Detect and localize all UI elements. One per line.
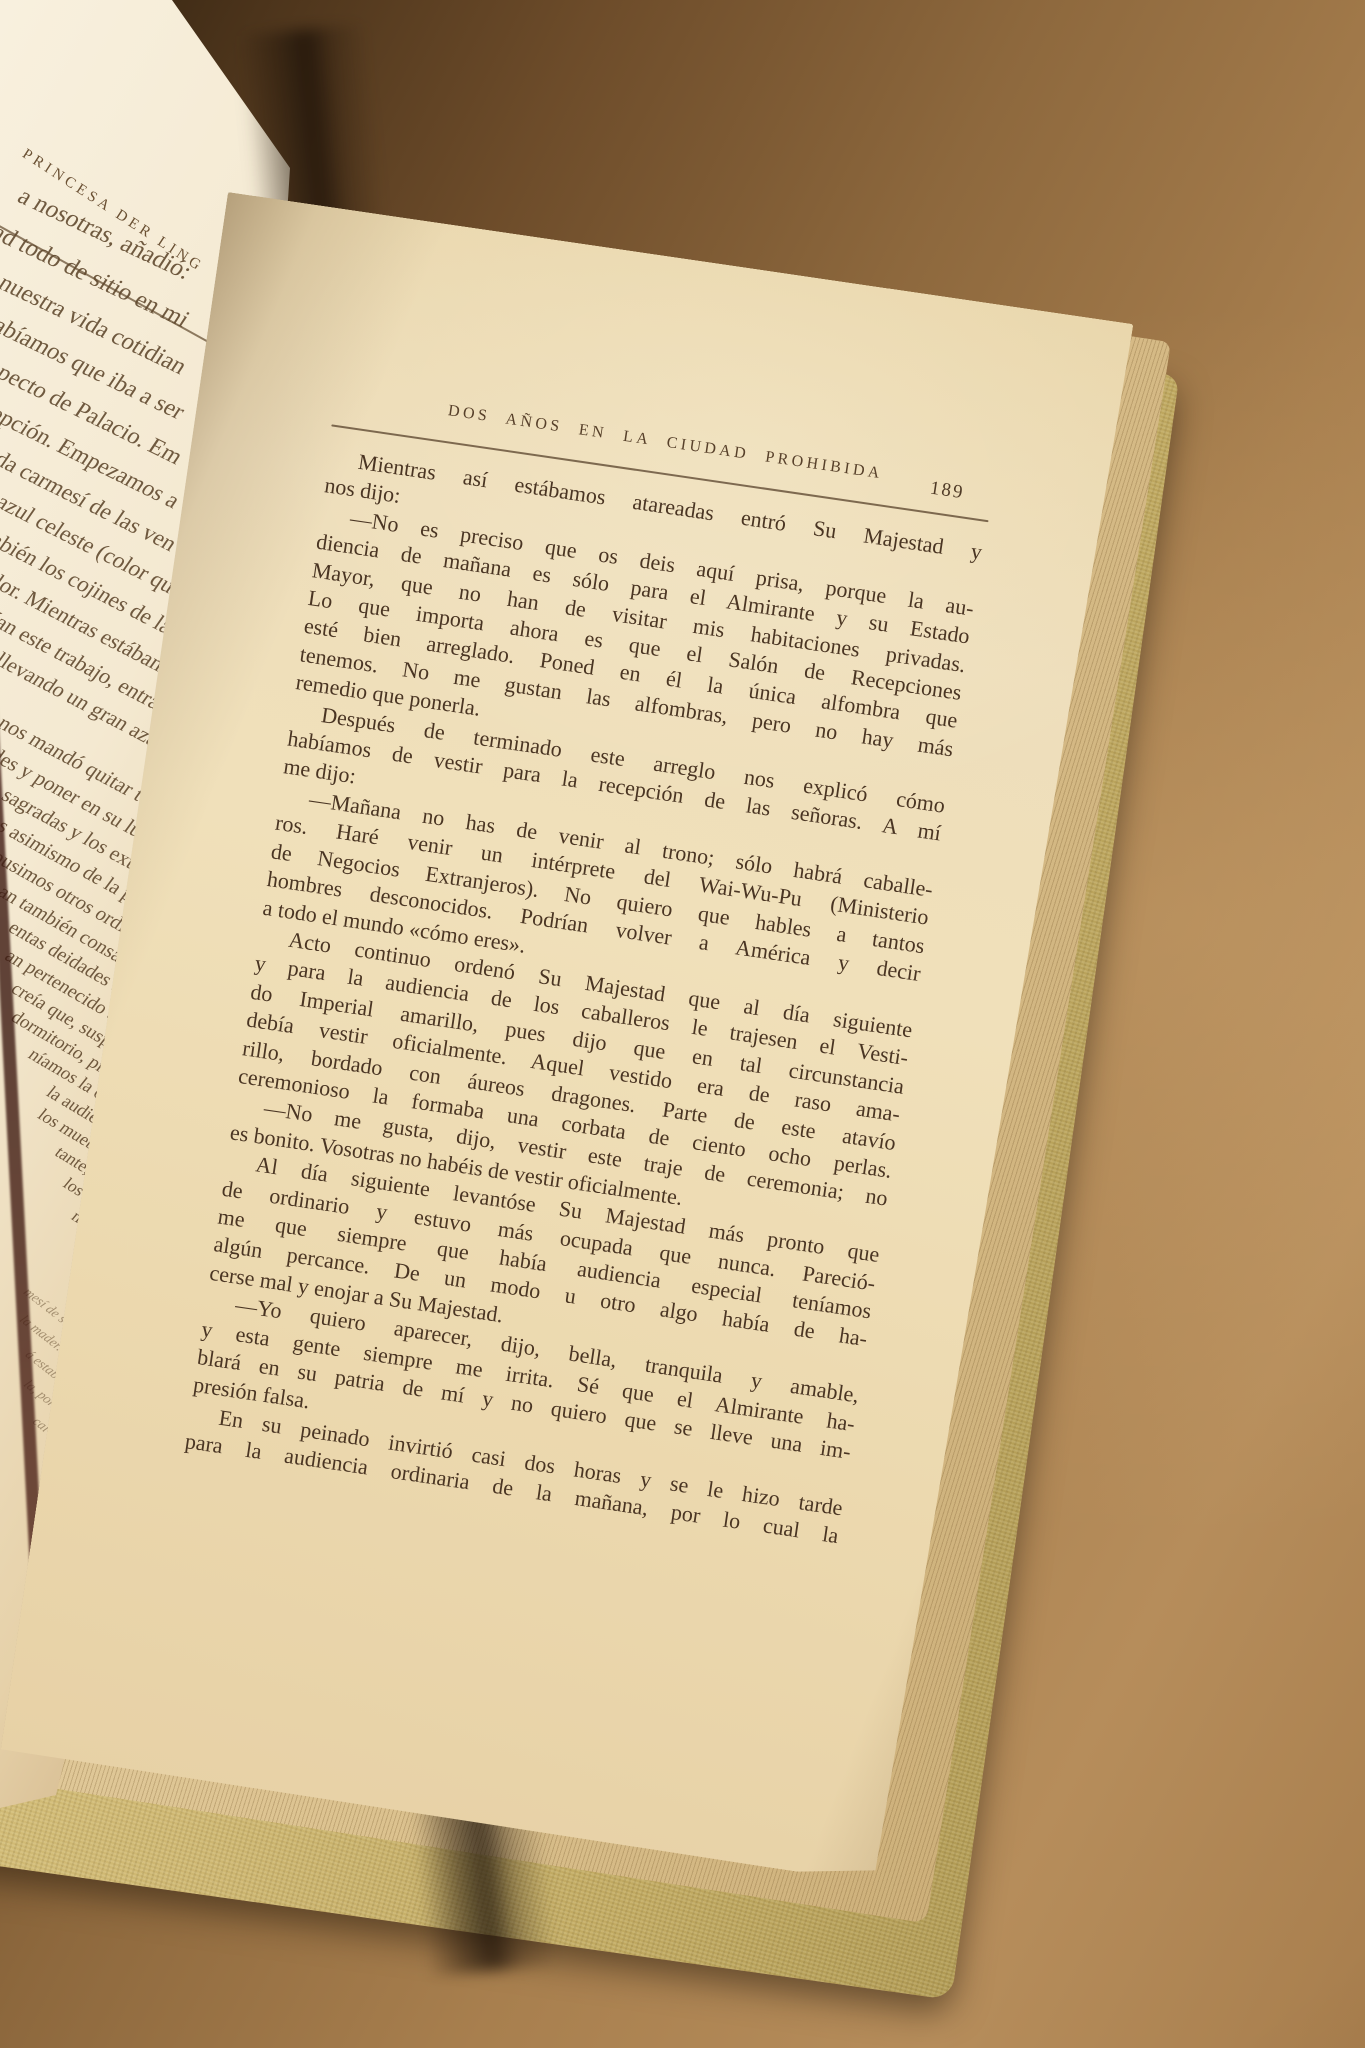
page-body-text: Mientras así estábamos atareadas entró S… (183, 443, 984, 1550)
open-book-photo: PRINCESA DER LING a nosotras, añadió:odo… (0, 0, 1365, 2048)
page-number: 189 (928, 478, 965, 505)
